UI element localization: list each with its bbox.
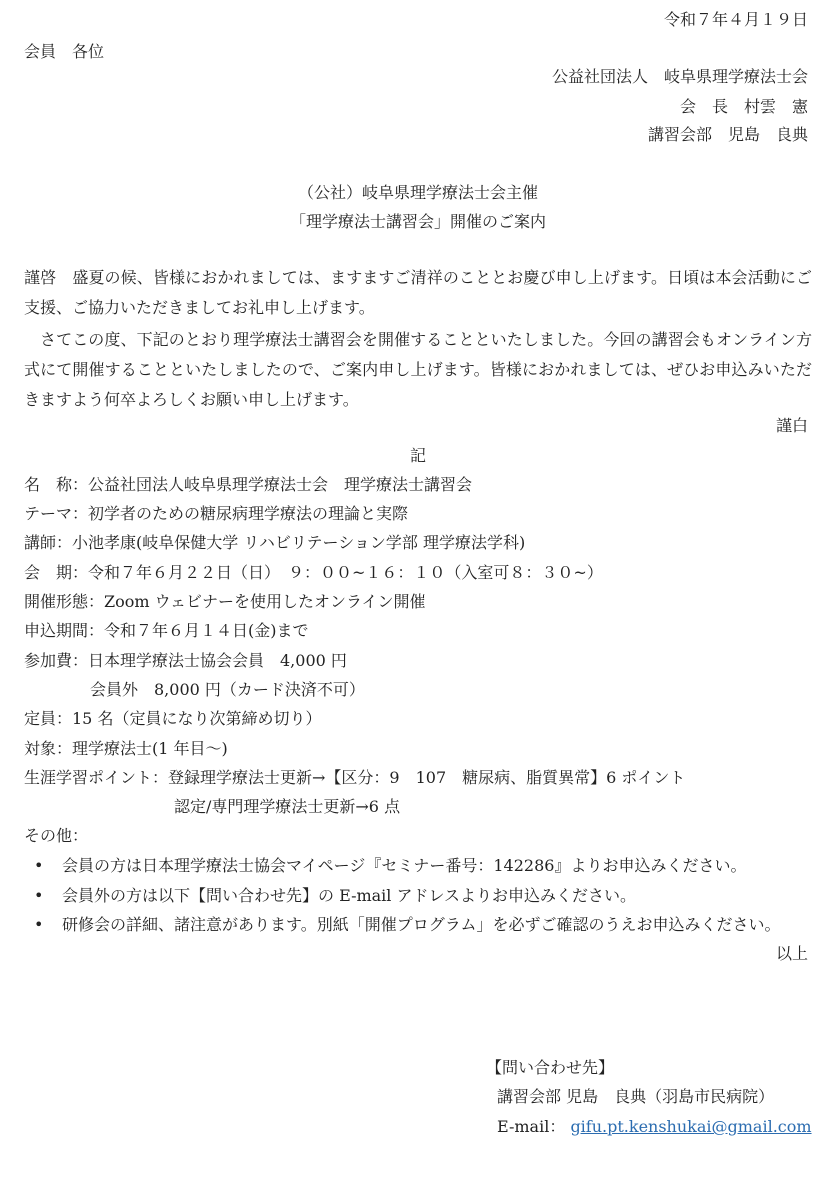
title-line-1: （公社）岐阜県理学療法士会主催	[0, 183, 836, 203]
detail-fee-nonmember: 会員外 8,000 円（カード決済不可）	[90, 680, 365, 700]
sender-org: 公益社団法人 岐阜県理学療法士会	[552, 67, 808, 87]
list-item-text: 会員外の方は以下【問い合わせ先】の E-mail アドレスよりお申込みください。	[62, 886, 636, 906]
detail-points-1: 生涯学習ポイント：登録理学療法士更新→【区分：9 107 糖尿病、脂質異常】6 …	[24, 768, 685, 788]
email-label: E-mail：	[497, 1117, 565, 1136]
detail-date: 会 期：令和７年６月２２日（日） ９：００~１６：１０（入室可８：３０~）	[24, 563, 603, 583]
bullet-icon: •	[34, 856, 43, 876]
contact-person: 講習会部 児島 良典（羽島市民病院）	[497, 1087, 774, 1107]
addressee: 会員 各位	[24, 42, 104, 62]
detail-lecturer: 講師：小池孝康(岐阜保健大学 リハビリテーション学部 理学療法学科)	[24, 533, 525, 553]
bullet-icon: •	[34, 915, 43, 935]
detail-other-label: その他：	[24, 826, 88, 846]
sender-dept: 講習会部 児島 良典	[648, 125, 808, 145]
detail-name: 名 称：公益社団法人岐阜県理学療法士会 理学療法士講習会	[24, 475, 472, 495]
greeting-paragraph: 謹啓 盛夏の候、皆様におかれましては、ますますご清祥のこととお慶び申し上げます。…	[24, 263, 812, 323]
sender-president: 会 長 村雲 憲	[680, 97, 808, 117]
announcement-paragraph: さてこの度、下記のとおり理学療法士講習会を開催することといたしました。今回の講習…	[24, 325, 812, 415]
contact-email-row: E-mail： gifu.pt.kenshukai@gmail.com	[497, 1117, 812, 1137]
list-item-text: 会員の方は日本理学療法士協会マイページ『セミナー番号：142286』よりお申込み…	[62, 856, 746, 876]
closing-ijo: 以上	[776, 944, 808, 964]
detail-deadline: 申込期間：令和７年６月１４日(金)まで	[24, 621, 309, 641]
detail-format: 開催形態：Zoom ウェビナーを使用したオンライン開催	[24, 592, 426, 612]
detail-capacity: 定員：15 名（定員になり次第締め切り）	[24, 709, 321, 729]
contact-heading: 【問い合わせ先】	[486, 1058, 614, 1078]
list-item-text: 研修会の詳細、諸注意があります。別紙「開催プログラム」を必ずご確認のうえお申込み…	[62, 915, 781, 935]
detail-target: 対象：理学療法士(1 年目～)	[24, 739, 228, 759]
letter-date: 令和７年４月１９日	[664, 10, 808, 30]
closing-kinpaku: 謹白	[776, 416, 808, 436]
bullet-icon: •	[34, 886, 43, 906]
ki-heading: 記	[0, 446, 836, 466]
detail-points-2: 認定/専門理学療法士更新→6 点	[174, 797, 400, 817]
detail-theme: テーマ：初学者のための糖尿病理学療法の理論と実際	[24, 504, 408, 524]
detail-fee-member: 参加費：日本理学療法士協会会員 4,000 円	[24, 651, 347, 671]
title-line-2: 「理学療法士講習会」開催のご案内	[0, 212, 836, 232]
email-link[interactable]: gifu.pt.kenshukai@gmail.com	[570, 1117, 811, 1136]
